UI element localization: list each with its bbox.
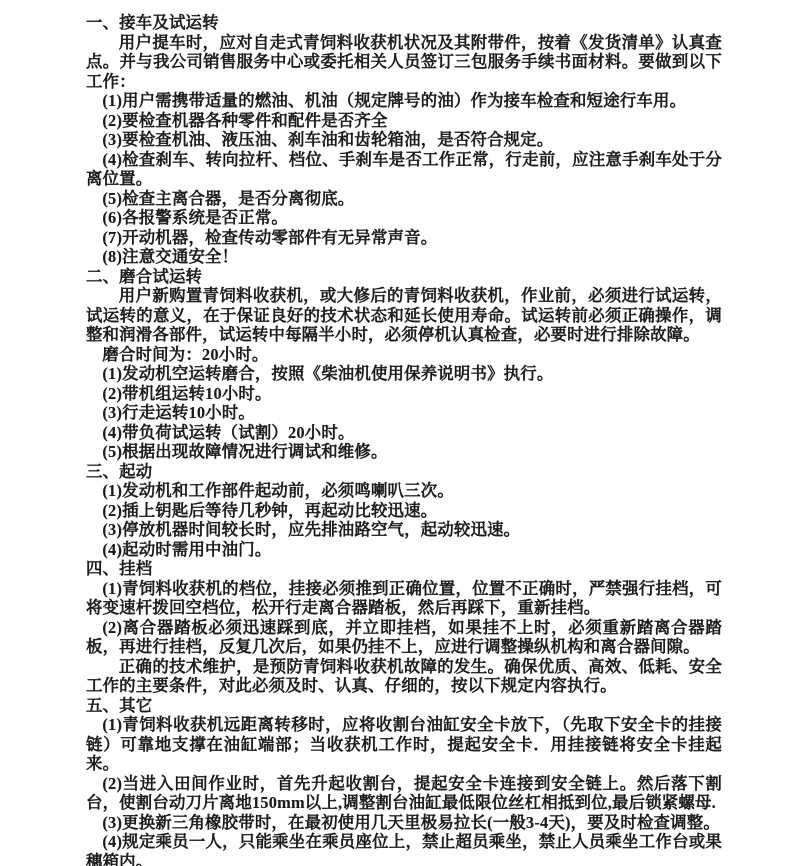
list-item: (2)离合器踏板必须迅速踩到底，并立即挂档，如果挂不上时，必须重新踏离合器踏板，… bbox=[86, 618, 722, 657]
list-item: (5)根据出现故障情况进行调试和维修。 bbox=[86, 442, 722, 462]
list-item: (2)要检查机器各种零件和配件是否齐全 bbox=[86, 111, 722, 131]
list-item: (1)发动机空运转磨合，按照《柴油机使用保养说明书》执行。 bbox=[86, 364, 722, 384]
list-item: (3)要检查机油、液压油、刹车油和齿轮箱油，是否符合规定。 bbox=[86, 130, 722, 150]
paragraph: 用户新购置青饲料收获机，或大修后的青饲料收获机，作业前，必须进行试运转，试运转的… bbox=[86, 286, 722, 345]
list-item: (4)检查刹车、转向拉杆、档位、手刹车是否工作正常，行走前，应注意手刹车处于分离… bbox=[86, 150, 722, 189]
section-gear-shifting: 四、挂档 (1)青饲料收获机的档位，挂接必须推到正确位置，位置不正确时，严禁强行… bbox=[86, 559, 722, 696]
paragraph: 正确的技术维护，是预防青饲料收获机故障的发生。确保优质、高效、低耗、安全工作的主… bbox=[86, 657, 722, 696]
list-item: (3)行走运转10小时。 bbox=[86, 403, 722, 423]
list-item: (1)青饲料收获机远距离转移时，应将收割台油缸安全卡放下，（先取下安全卡的挂接链… bbox=[86, 715, 722, 774]
list-item: (1)青饲料收获机的档位，挂接必须推到正确位置，位置不正确时，严禁强行挂档，可将… bbox=[86, 579, 722, 618]
list-item: (7)开动机器，检查传动零部件有无异常声音。 bbox=[86, 228, 722, 248]
section-heading: 五、其它 bbox=[86, 696, 722, 716]
list-item: (4)带负荷试运转（试割）20小时。 bbox=[86, 423, 722, 443]
list-item: (4)规定乘员一人，只能乘坐在乘员座位上，禁止超员乘坐，禁止人员乘坐工作台或果穗… bbox=[86, 832, 722, 866]
list-item: (3)停放机器时间较长时，应先排油路空气，起动较迅速。 bbox=[86, 520, 722, 540]
list-item: (2)带机组运转10小时。 bbox=[86, 384, 722, 404]
section-starting: 三、起动 (1)发动机和工作部件起动前，必须鸣喇叭三次。 (2)插上钥匙后等待几… bbox=[86, 462, 722, 560]
section-heading: 四、挂档 bbox=[86, 559, 722, 579]
list-item: (1)发动机和工作部件起动前，必须鸣喇叭三次。 bbox=[86, 481, 722, 501]
list-item: (1)用户需携带适量的燃油、机油（规定牌号的油）作为接车检查和短途行车用。 bbox=[86, 91, 722, 111]
manual-page: 一、接车及试运转 用户提车时，应对自走式青饲料收获机状况及其附带件，按着《发货清… bbox=[0, 0, 800, 866]
list-item: (2)当进入田间作业时，首先升起收割台，提起安全卡连接到安全链上。然后落下割台，… bbox=[86, 774, 722, 813]
list-item: (2)插上钥匙后等待几秒钟，再起动比较迅速。 bbox=[86, 501, 722, 521]
section-heading: 三、起动 bbox=[86, 462, 722, 482]
section-others: 五、其它 (1)青饲料收获机远距离转移时，应将收割台油缸安全卡放下，（先取下安全… bbox=[86, 696, 722, 866]
section-heading: 二、磨合试运转 bbox=[86, 267, 722, 287]
list-item: (4)起动时需用中油门。 bbox=[86, 540, 722, 560]
section-receiving-and-test-run: 一、接车及试运转 用户提车时，应对自走式青饲料收获机状况及其附带件，按着《发货清… bbox=[86, 13, 722, 267]
list-item: (8)注意交通安全！ bbox=[86, 247, 722, 267]
list-item: (5)检查主离合器，是否分离彻底。 bbox=[86, 189, 722, 209]
list-item: (6)各报警系统是否正常。 bbox=[86, 208, 722, 228]
list-item: 磨合时间为：20小时。 bbox=[86, 345, 722, 365]
section-heading: 一、接车及试运转 bbox=[86, 13, 722, 33]
list-item: (3)更换新三角橡胶带时，在最初使用几天里极易拉长(一般3-4天)，要及时检查调… bbox=[86, 813, 722, 833]
paragraph: 用户提车时，应对自走式青饲料收获机状况及其附带件，按着《发货清单》认真查点。并与… bbox=[86, 33, 722, 92]
section-break-in-test-run: 二、磨合试运转 用户新购置青饲料收获机，或大修后的青饲料收获机，作业前，必须进行… bbox=[86, 267, 722, 462]
